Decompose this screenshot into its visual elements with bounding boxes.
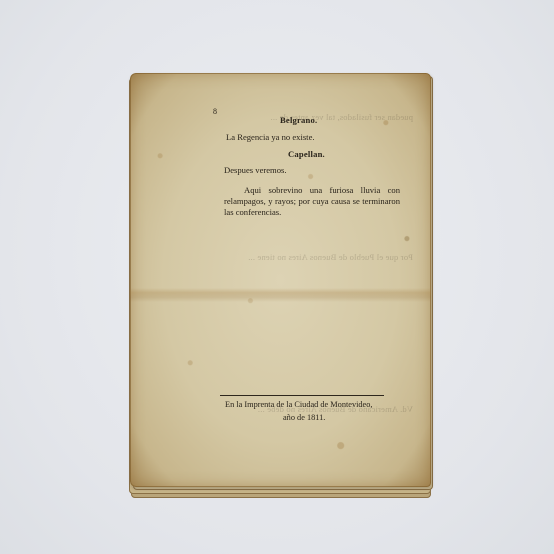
document-page: puedan ser fusilados, tal vez antes de .… [130, 73, 431, 487]
imprint-year: año de 1811. [283, 412, 325, 423]
imprint-divider [220, 395, 384, 396]
speaker-belgrano: Belgrano. [280, 115, 317, 126]
page-number: 8 [213, 106, 217, 117]
dialogue-line-capellan: Despues veremos. [224, 165, 287, 176]
closing-paragraph: Aqui sobrevino una furiosa lluvia con re… [224, 185, 400, 218]
bleed-through-text-middle: Por que el Pueblo de Buenos Aires no tie… [220, 251, 413, 263]
imprint-line: En la Imprenta de la Ciudad de Montevide… [225, 399, 372, 410]
fold-stain [130, 288, 431, 302]
speaker-capellan: Capellan. [288, 149, 325, 160]
dialogue-line-belgrano: La Regencia ya no existe. [226, 132, 315, 143]
